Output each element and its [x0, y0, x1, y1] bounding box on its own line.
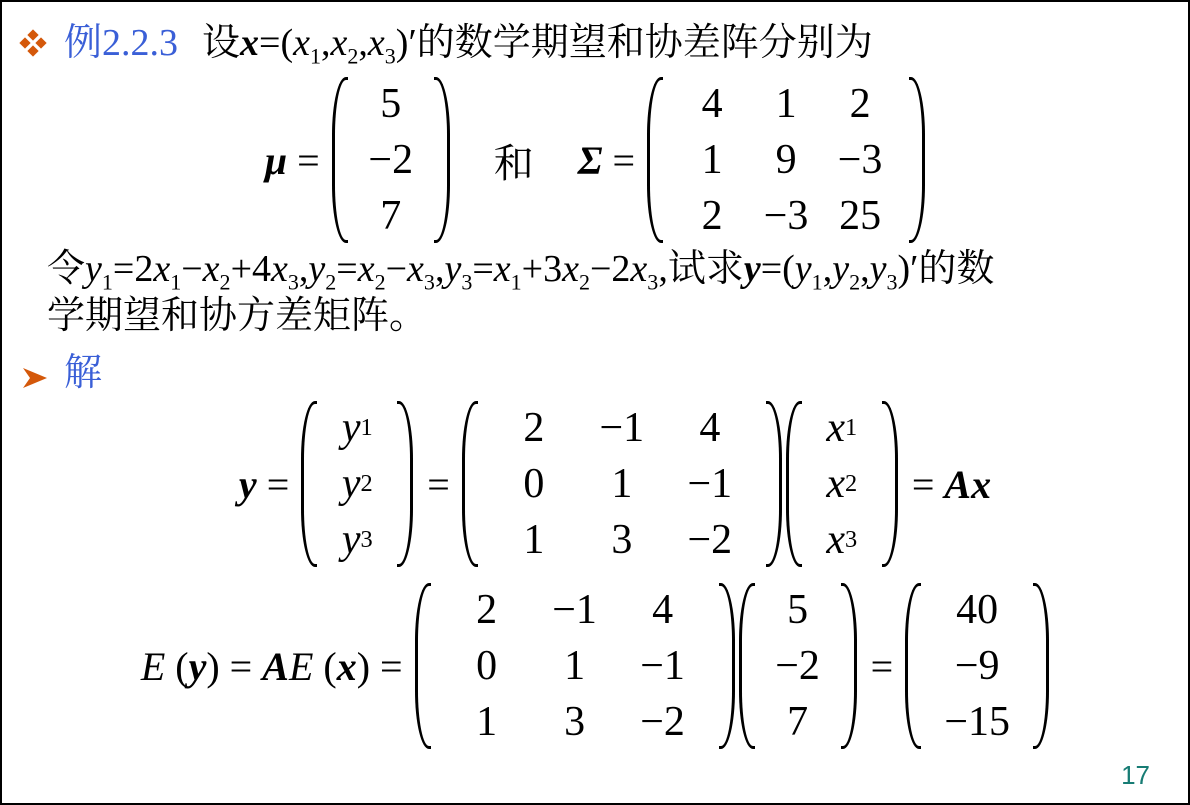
paren-left	[332, 77, 348, 243]
paren-right	[1033, 583, 1049, 749]
diamond-bullet-icon	[21, 31, 45, 55]
paren-right	[434, 77, 450, 243]
paren-right	[882, 401, 898, 567]
expectation-equation: E (y) = AE (x) = 2 −1 4 0 1 −1 1 3 −2	[2, 580, 1188, 752]
paren-right	[766, 401, 782, 567]
sigma-matrix: 4 1 2 1 9 −3 2 −3 25	[647, 76, 925, 244]
mu-label: μ =	[265, 137, 320, 184]
sigma-label: Σ =	[578, 137, 635, 184]
vector-cell: 7	[767, 694, 829, 750]
matrix-cell: 2	[443, 582, 531, 638]
vector-cell: x2	[814, 456, 870, 512]
paren-left	[462, 401, 478, 567]
matrix-cell: −2	[619, 694, 707, 750]
paren-left	[415, 583, 431, 749]
paren-right	[397, 401, 413, 567]
arrow-bullet-icon	[21, 366, 49, 390]
vector-cell: −2	[767, 638, 829, 694]
paren-left	[647, 77, 663, 243]
paren-left	[786, 401, 802, 567]
vector-cell: −15	[933, 694, 1021, 750]
vector-cell: −9	[933, 638, 1021, 694]
matrix-cell: −3	[823, 132, 897, 188]
problem-body-line-2: 学期望和协方差矩阵。	[2, 293, 1188, 340]
given-moments-equation: μ = 5 −2 7 和 Σ = 4 1 2 1 9	[2, 74, 1188, 246]
matrix-cell: 2	[675, 188, 749, 244]
conjunction-text: 和	[494, 132, 534, 189]
matrix-cell: 4	[619, 582, 707, 638]
vector-cell: −2	[360, 132, 422, 188]
matrix-cell: 9	[749, 132, 823, 188]
matrix-cell: 1	[443, 694, 531, 750]
coefficient-matrix-a: 2 −1 4 0 1 −1 1 3 −2	[462, 400, 782, 568]
paren-right	[841, 583, 857, 749]
matrix-cell: −1	[619, 638, 707, 694]
y-lhs: y =	[239, 461, 289, 508]
matrix-cell: −1	[666, 456, 754, 512]
paren-left	[301, 401, 317, 567]
ax-rhs: = Ax	[912, 461, 991, 508]
bullet-box	[2, 18, 64, 68]
expectation-lhs: E (y) = AE (x) =	[141, 643, 403, 690]
matrix-cell: 4	[666, 400, 754, 456]
matrix-cell: 0	[490, 456, 578, 512]
matrix-cell: 2	[490, 400, 578, 456]
slide: 例2.2.3 设x=(x1,x2,x3)′的数学期望和协差阵分别为 μ = 5 …	[0, 0, 1190, 805]
y-definition-equation: y = y1 y2 y3 = 2 −1 4 0 1 −1	[42, 400, 1188, 568]
mu-vector: 5 −2 7	[332, 76, 450, 244]
matrix-cell: −2	[666, 512, 754, 568]
vector-cell: 5	[767, 582, 829, 638]
matrix-cell: 1	[749, 76, 823, 132]
y-vector: y1 y2 y3	[301, 400, 413, 568]
solve-label: 解	[64, 348, 102, 398]
matrix-cell: 3	[531, 694, 619, 750]
page-number: 17	[1121, 760, 1150, 791]
matrix-cell: 2	[823, 76, 897, 132]
paren-left	[739, 583, 755, 749]
paren-right	[909, 77, 925, 243]
problem-body-line-1: 令y1=2x1−x2+4x3,y2=x2−x3,y3=x1+3x2−2x3,试求…	[2, 246, 1188, 293]
matrix-cell: 0	[443, 638, 531, 694]
matrix-cell: 1	[675, 132, 749, 188]
paren-left	[905, 583, 921, 749]
vector-cell: y1	[329, 400, 385, 456]
equals-sign: =	[427, 461, 450, 508]
vector-cell: 5	[360, 76, 422, 132]
x-vector: x1 x2 x3	[786, 400, 898, 568]
problem-line: 例2.2.3 设x=(x1,x2,x3)′的数学期望和协差阵分别为	[2, 18, 1188, 68]
matrix-cell: −1	[578, 400, 666, 456]
coefficient-matrix-a: 2 −1 4 0 1 −1 1 3 −2	[415, 582, 735, 750]
matrix-cell: 25	[823, 188, 897, 244]
vector-cell: y3	[329, 512, 385, 568]
paren-right	[719, 583, 735, 749]
vector-cell: 7	[360, 188, 422, 244]
bullet-box	[2, 348, 64, 398]
solution-line: 解	[2, 348, 1188, 398]
equals-sign: =	[871, 643, 894, 690]
vector-cell: x1	[814, 400, 870, 456]
mu-vector: 5 −2 7	[739, 582, 857, 750]
vector-cell: x3	[814, 512, 870, 568]
matrix-cell: 4	[675, 76, 749, 132]
matrix-cell: −1	[531, 582, 619, 638]
matrix-cell: 1	[490, 512, 578, 568]
vector-cell: y2	[329, 456, 385, 512]
matrix-cell: 1	[578, 456, 666, 512]
matrix-cell: 1	[531, 638, 619, 694]
matrix-cell: −3	[749, 188, 823, 244]
problem-intro-text: 设x=(x1,x2,x3)′的数学期望和协差阵分别为	[202, 18, 873, 68]
matrix-cell: 3	[578, 512, 666, 568]
result-vector: 40 −9 −15	[905, 582, 1049, 750]
example-label: 例2.2.3	[64, 18, 178, 68]
vector-cell: 40	[933, 582, 1021, 638]
